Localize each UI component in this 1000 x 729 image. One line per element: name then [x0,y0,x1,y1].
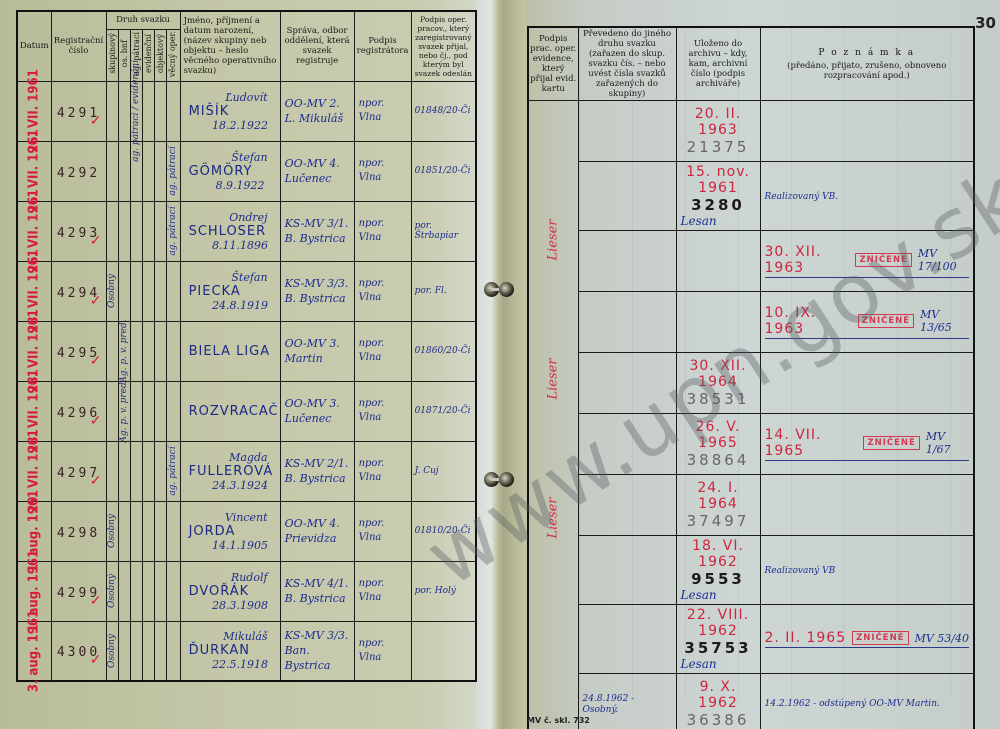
svazek-type-cell [106,441,118,501]
reference-number: 01851/20-Či [411,141,476,201]
note-cell: 2. II. 1965 ZNIČENÉ MV 53/40 [760,605,974,674]
archive-cell: 26. V. 1965 38864 [676,414,760,475]
note-cell: 30. XII. 1963 ZNIČENÉ MV 17/100 [760,231,974,292]
svazek-type-cell: Ag. p. v. pred. [118,321,130,381]
poznamka-subtitle: (předáno, přijato, zrušeno, obnoveno roz… [762,61,973,81]
binding-gutter [476,0,526,729]
name-cell: Magda FULLEROVÁ 24.3.1924 [180,441,280,501]
note-cell: 14. VII. 1965 ZNIČENÉ MV 1/67 [760,414,974,475]
svazek-type-cell [166,561,180,621]
surname: SCHLOSER [185,224,276,239]
archive-date-stamp: 26. V. 1965 [681,419,756,451]
svazek-type-cell: ag. pátrací [166,201,180,261]
svazek-type-cell [154,621,166,681]
header-prevedeno: Převedeno do jiného druhu svazku (zařaze… [578,27,676,101]
note-text: 14.2.1962 - odstúpený OO-MV Martin. [765,699,940,709]
department-cell: OO-MV 3. Lučenec [280,381,354,441]
name-cell: Vincent JORDA 14.1.1905 [180,501,280,561]
archive-number: 21375 [681,138,756,156]
registrar-signature: npor. Vlna [354,81,411,141]
svazek-type-cell [106,381,118,441]
destruction-date-stamp: 30. XII. 1963 [765,244,850,276]
registrar-signature: npor. Vlna [354,501,411,561]
registration-number-cell: 4293✓ [51,201,106,261]
header-os-bnf: os. bnf [120,40,130,67]
note-text: Realizovaný VB [765,566,836,576]
registration-number: 4298 [57,526,100,541]
table-row: 26. VII. 19614293✓ag. pátrací Ondrej SCH… [17,201,476,261]
svazek-type-cell [118,621,130,681]
surname: JORDA [185,524,276,539]
registrar-signature: npor. Vlna [354,201,411,261]
table-row: 22. VIII. 1962 35753 Lesan 2. II. 1965 Z… [528,605,974,674]
first-name: Ondrej [185,211,276,224]
note-cell: 10. IX. 1963 ZNIČENÉ MV 13/65 [760,292,974,353]
svazek-type-cell [118,441,130,501]
table-row: 24.8.1962 - Osobný. 9. X. 1962 36386 14.… [528,674,974,729]
svazek-type-cell [142,441,154,501]
svazek-type-cell [142,201,154,261]
surname: ĎURKAN [185,643,276,658]
destroyed-stamp: ZNIČENÉ [855,253,911,267]
archive-number: 38864 [681,451,756,469]
archive-date-stamp: 30. XII. 1964 [681,358,756,390]
svazek-type-cell [166,261,180,321]
reference-number: por. Holý [411,561,476,621]
evidence-signature: Lieser [546,220,561,261]
name-cell: Mikuláš ĎURKAN 22.5.1918 [180,621,280,681]
archive-date-stamp: 9. X. 1962 [681,679,756,711]
archive-date-stamp: 18. VI. 1962 [681,538,756,570]
archive-cell: 18. VI. 1962 9553 Lesan [676,536,760,605]
table-row: 28. VII. 19614295✓Ag. p. v. pred. BIELA … [17,321,476,381]
destruction-reference: MV 17/100 [918,247,969,273]
svazek-type-note: Osobný [107,274,117,308]
table-row: 28. VII. 19614294✓Osobný Štefan PIECKA 2… [17,261,476,321]
date-of-birth: 18.2.1922 [185,119,276,132]
svazek-type-cell [166,621,180,681]
svazek-type-cell [130,441,142,501]
registration-number-cell: 4292 [51,141,106,201]
header-registracni-cislo: Registrační číslo [51,11,106,81]
registrar-signature: npor. Vlna [354,561,411,621]
reference-number: 01871/20-Či [411,381,476,441]
archive-date-stamp: 24. I. 1964 [681,480,756,512]
first-name: Rudolf [185,571,276,584]
first-name: Vincent [185,511,276,524]
svazek-type-note: Ag. p. v. pred. [119,320,129,383]
svazek-type-cell [130,321,142,381]
archive-cell: 20. II. 1963 21375 [676,101,760,162]
svazek-type-note: Osobný [107,514,117,548]
svazek-type-cell [154,321,166,381]
transfer-cell [578,101,676,162]
svazek-type-cell [130,381,142,441]
check-mark-icon: ✓ [90,413,102,429]
binder-ring-top [484,282,514,298]
form-code: MV č. skl. 732 [527,716,590,725]
date-of-birth: 24.3.1924 [185,479,276,492]
svazek-type-cell [154,381,166,441]
transfer-cell [578,231,676,292]
first-name: Štefan [185,151,276,164]
destruction-record: 10. IX. 1963 ZNIČENÉ MV 13/65 [765,305,970,339]
archive-cell: 9. X. 1962 36386 [676,674,760,729]
transfer-cell [578,162,676,231]
archive-number: 38531 [681,390,756,408]
svazek-type-cell: Osobný [106,501,118,561]
destruction-reference: MV 1/67 [926,430,969,456]
archivist-signature: Lesan [681,657,756,671]
name-cell: Štefan GÖMÖRY 8.9.1922 [180,141,280,201]
svazek-type-cell [142,501,154,561]
name-cell: BIELA LIGA [180,321,280,381]
svazek-type-cell [154,141,166,201]
transfer-cell: 24.8.1962 - Osobný. [578,674,676,729]
transfer-cell [578,475,676,536]
svazek-type-cell [154,501,166,561]
svazek-type-cell: Ag. p. v. pred. [118,381,130,441]
svazek-type-cell [166,501,180,561]
destruction-record: 30. XII. 1963 ZNIČENÉ MV 17/100 [765,244,970,278]
svazek-type-cell: ag. pátrací [166,141,180,201]
svazek-type-cell [142,621,154,681]
evidence-signature: Lieser [546,359,561,400]
transfer-cell [578,536,676,605]
registration-table: Datum Registrační číslo Druh svazku Jmén… [16,10,477,682]
note-cell [760,101,974,162]
archive-cell [676,231,760,292]
transfer-cell [578,292,676,353]
evidence-signature: Lieser [546,498,561,539]
archivist-signature: Lesan [681,588,756,602]
archive-cell: 15. nov. 1961 3280 Lesan [676,162,760,231]
header-skupinovy: skupinový [108,33,118,74]
table-row: 15. nov. 1961 3280 Lesan Realizovaný VB. [528,162,974,231]
svazek-type-cell [142,321,154,381]
check-mark-icon: ✓ [90,353,102,369]
reference-number: 01860/20-Či [411,321,476,381]
archivist-signature: Lesan [681,214,756,228]
svazek-type-cell [106,201,118,261]
svazek-type-cell [166,81,180,141]
surname: BIELA LIGA [185,344,276,359]
svazek-type-cell [106,141,118,201]
archive-date-stamp: 15. nov. 1961 [681,164,756,196]
registration-number-cell: 4300✓ [51,621,106,681]
date-of-birth: 22.5.1918 [185,658,276,671]
destruction-date-stamp: 14. VII. 1965 [765,427,858,459]
svazek-type-cell [130,201,142,261]
archive-cell: 22. VIII. 1962 35753 Lesan [676,605,760,674]
destruction-date-stamp: 10. IX. 1963 [765,305,852,337]
table-row: 26. VII. 19614292ag. pátrací Štefan GÖMÖ… [17,141,476,201]
page-number: 30 [975,14,996,32]
surname: DVOŘÁK [185,584,276,599]
table-row: 24. I. 1964 37497 [528,475,974,536]
table-row: 26. V. 1965 38864 14. VII. 1965 ZNIČENÉ … [528,414,974,475]
transfer-cell [578,353,676,414]
header-objektovy: objektový [156,34,166,73]
header-podpis-evidence: Podpis prac. oper. evidence, který přija… [528,27,578,101]
table-row: 1. aug. 19614298Osobný Vincent JORDA 14.… [17,501,476,561]
department-cell: KS-MV 3/1. B. Bystrica [280,201,354,261]
department-cell: KS-MV 2/1. B. Bystrica [280,441,354,501]
department-cell: OO-MV 4. Lučenec [280,141,354,201]
table-row: 30. XII. 1963 ZNIČENÉ MV 17/100 [528,231,974,292]
date-cell: 3. aug. 1961 [17,621,51,681]
archive-cell: 24. I. 1964 37497 [676,475,760,536]
svazek-type-cell [142,261,154,321]
poznamka-title: P o z n á m k a [762,48,973,58]
transfer-note: 24.8.1962 - Osobný. [583,694,635,715]
name-cell: Štefan PIECKA 24.8.1919 [180,261,280,321]
svazek-type-cell: ag. pátrací / evidenční [130,81,142,141]
archive-date-stamp: 22. VIII. 1962 [681,607,756,639]
header-podpis-registratora: Podpis registrátora [354,11,411,81]
svazek-type-cell [130,141,142,201]
header-jmeno: Jméno, příjmení a datum narození, (název… [180,11,280,81]
svazek-type-cell: ag. pátrací [166,441,180,501]
reference-number: por. Fl. [411,261,476,321]
name-cell: ROZVRACAČ [180,381,280,441]
evidence-signature-cell: LieserLieserLieser [528,101,578,729]
transfer-cell [578,605,676,674]
archive-number: 37497 [681,512,756,530]
svazek-type-cell [130,561,142,621]
svazek-type-cell [142,81,154,141]
check-mark-icon: ✓ [90,652,102,668]
table-row: 1. aug. 19614299✓Osobný Rudolf DVOŘÁK 28… [17,561,476,621]
archive-number: 35753 [681,639,756,657]
destruction-record: 14. VII. 1965 ZNIČENÉ MV 1/67 [765,427,970,461]
svazek-type-cell [106,321,118,381]
registration-number-cell: 4291✓ [51,81,106,141]
svazek-type-cell [118,561,130,621]
svazek-type-cell: Osobný [106,261,118,321]
destruction-record: 2. II. 1965 ZNIČENÉ MV 53/40 [765,630,970,648]
header-vecny-oper: věcný oper. [168,31,178,77]
destruction-reference: MV 13/65 [920,308,969,334]
svazek-type-cell [142,381,154,441]
destroyed-stamp: ZNIČENÉ [852,631,908,645]
svazek-type-cell [154,561,166,621]
date-of-birth: 28.3.1908 [185,599,276,612]
destroyed-stamp: ZNIČENÉ [863,436,919,450]
surname: PIECKA [185,284,276,299]
svazek-type-cell [118,81,130,141]
header-ulozeno: Uloženo do archivu – kdy, kam, archivní … [676,27,760,101]
archive-number: 9553 [681,570,756,588]
svazek-type-note: ag. pátrací [168,207,178,256]
svazek-type-note: Osobný [107,574,117,608]
archive-cell [676,292,760,353]
header-odpis: Podpis oper. pracov., který zaregistrova… [411,11,476,81]
destruction-reference: MV 53/40 [915,632,969,645]
table-row: 26. VII. 19614291✓ag. pátrací / evidenčn… [17,81,476,141]
svazek-type-cell [130,501,142,561]
first-name: Magda [185,451,276,464]
first-name: Ľudovít [185,91,276,104]
binder-ring-bottom [484,472,514,488]
date-of-birth: 8.11.1896 [185,239,276,252]
destroyed-stamp: ZNIČENÉ [858,314,914,328]
register-spread: Datum Registrační číslo Druh svazku Jmén… [0,0,1000,729]
note-cell: Realizovaný VB [760,536,974,605]
registrar-signature: npor. Vlna [354,141,411,201]
check-mark-icon: ✓ [90,113,102,129]
check-mark-icon: ✓ [90,473,102,489]
registrar-signature: npor. Vlna [354,441,411,501]
archive-table: Podpis prac. oper. evidence, který přija… [527,26,975,729]
name-cell: Rudolf DVOŘÁK 28.3.1908 [180,561,280,621]
reference-number: J. Cuj [411,441,476,501]
surname: GÖMÖRY [185,164,276,179]
svazek-type-cell [166,321,180,381]
date-stamp: 3. aug. 1961 [27,610,42,692]
svazek-type-cell [118,201,130,261]
registrar-signature: npor. Vlna [354,621,411,681]
first-name: Štefan [185,271,276,284]
svazek-type-cell [142,561,154,621]
table-row: 30. XII. 1964 38531 [528,353,974,414]
table-row: 29. VII. 19614297✓ag. pátrací Magda FULL… [17,441,476,501]
svazek-type-cell [154,261,166,321]
svazek-type-cell [130,261,142,321]
table-row: 3. aug. 19614300✓Osobný Mikuláš ĎURKAN 2… [17,621,476,681]
registration-number-cell: 4298 [51,501,106,561]
department-cell: OO-MV 4. Prievidza [280,501,354,561]
note-cell [760,475,974,536]
svazek-type-note: Osobný [107,634,117,668]
name-cell: Ondrej SCHLOSER 8.11.1896 [180,201,280,261]
note-cell: Realizovaný VB. [760,162,974,231]
date-of-birth: 14.1.1905 [185,539,276,552]
svazek-type-note: ag. pátrací [168,447,178,496]
registrar-signature: npor. Vlna [354,261,411,321]
note-cell: 14.2.1962 - odstúpený OO-MV Martin. [760,674,974,729]
name-cell: Ľudovít MIŠÍK 18.2.1922 [180,81,280,141]
svazek-type-cell [118,501,130,561]
department-cell: OO-MV 3. Martin [280,321,354,381]
svazek-type-cell [106,81,118,141]
reference-number [411,621,476,681]
note-cell [760,353,974,414]
registrar-signature: npor. Vlna [354,381,411,441]
header-evidencni: evidenční [144,34,154,73]
date-of-birth: 24.8.1919 [185,299,276,312]
archive-date-stamp: 20. II. 1963 [681,106,756,138]
svazek-type-note: Ag. p. v. pred. [119,380,129,443]
department-cell: OO-MV 2. L. Mikuláš [280,81,354,141]
registration-number-cell: 4299✓ [51,561,106,621]
svazek-type-cell [154,201,166,261]
reference-number: 01848/20-Či [411,81,476,141]
registration-number-cell: 4295✓ [51,321,106,381]
check-mark-icon: ✓ [90,593,102,609]
archive-number: 36386 [681,711,756,729]
registration-number: 4292 [57,166,100,181]
table-row: 18. VI. 1962 9553 Lesan Realizovaný VB [528,536,974,605]
table-row: 10. IX. 1963 ZNIČENÉ MV 13/65 [528,292,974,353]
svazek-type-cell [154,81,166,141]
department-cell: KS-MV 3/3. Ban. Bystrica [280,621,354,681]
surname: FULLEROVÁ [185,464,276,479]
registration-number-cell: 4297✓ [51,441,106,501]
header-druh-svazku: Druh svazku [106,11,180,29]
archive-cell: 30. XII. 1964 38531 [676,353,760,414]
transfer-cell [578,414,676,475]
header-poznamka: P o z n á m k a (předáno, přijato, zruše… [760,27,974,101]
registration-number-cell: 4296✓ [51,381,106,441]
first-name: Mikuláš [185,630,276,643]
destruction-date-stamp: 2. II. 1965 [765,630,847,646]
svazek-type-note: ag. pátrací [168,147,178,196]
check-mark-icon: ✓ [90,233,102,249]
department-cell: KS-MV 3/3. B. Bystrica [280,261,354,321]
surname: ROZVRACAČ [185,404,276,419]
registrar-signature: npor. Vlna [354,321,411,381]
department-cell: KS-MV 4/1. B. Bystrica [280,561,354,621]
date-of-birth: 8.9.1922 [185,179,276,192]
reference-number: por. Štrbapiar [411,201,476,261]
svazek-type-cell: Osobný [106,621,118,681]
archive-number: 3280 [681,196,756,214]
surname: MIŠÍK [185,104,276,119]
svazek-type-cell [166,381,180,441]
table-row: 28. VII. 19614296✓Ag. p. v. pred. ROZVRA… [17,381,476,441]
registration-number-cell: 4294✓ [51,261,106,321]
reference-number: 01810/20-Či [411,501,476,561]
svazek-type-cell [118,261,130,321]
check-mark-icon: ✓ [90,293,102,309]
svazek-type-cell: Osobný [106,561,118,621]
table-row: LieserLieserLieser 20. II. 1963 21375 [528,101,974,162]
svazek-type-cell [142,141,154,201]
header-sprava: Správa, odbor oddělení, která svazek reg… [280,11,354,81]
note-text: Realizovaný VB. [765,192,839,202]
svazek-type-cell [118,141,130,201]
svazek-type-cell [130,621,142,681]
svazek-type-cell [154,441,166,501]
